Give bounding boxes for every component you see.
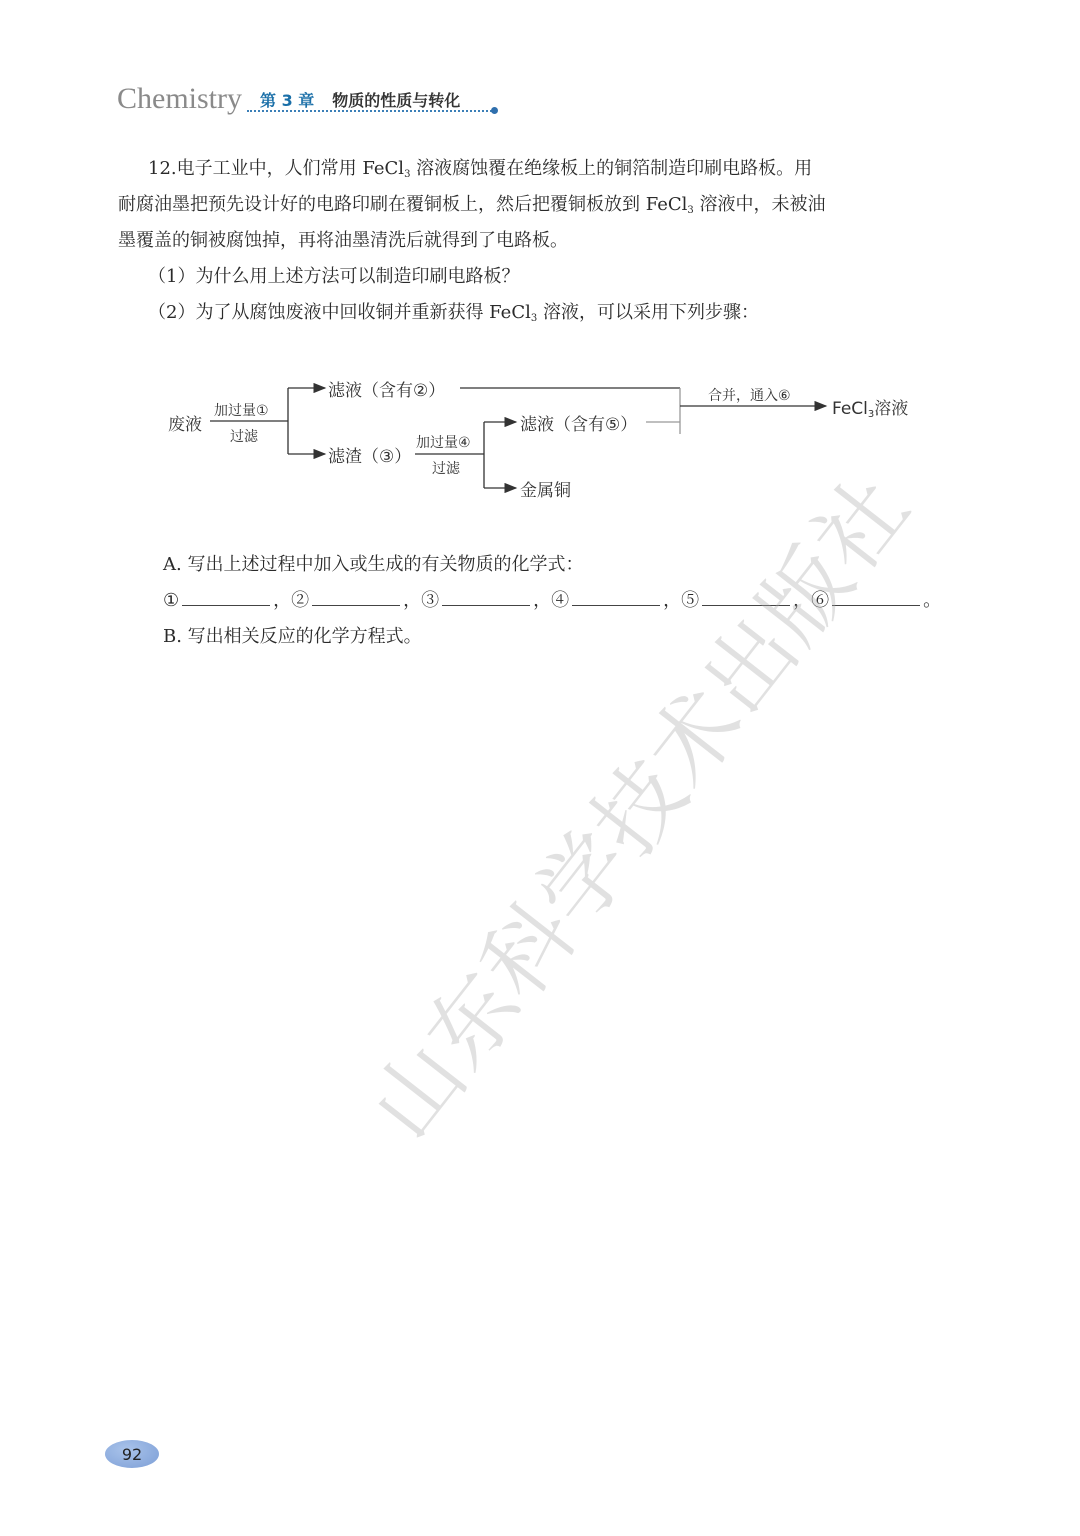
text: （2）为了从腐蚀废液中回收铜并重新获得 FeCl: [148, 302, 531, 323]
filtrate-1-label: 滤液（含有②）: [328, 376, 445, 401]
waste-liquid-label: 废液: [168, 410, 202, 435]
filtrate-2-label: 滤液（含有⑤）: [520, 410, 637, 435]
answer-blank[interactable]: [312, 587, 400, 606]
header-dotted-divider: [247, 110, 492, 112]
question-number: 12.: [148, 158, 177, 179]
blank-marker: ⑤: [681, 590, 699, 611]
text: 电子工业中，人们常用 FeCl: [177, 158, 404, 179]
question-line-3: 墨覆盖的铜被腐蚀掉，再将油墨清洗后就得到了电路板。: [118, 224, 568, 258]
text: FeCl: [832, 399, 868, 419]
text: 溶液: [874, 399, 908, 419]
text: 溶液腐蚀覆在绝缘板上的铜箔制造印刷电路板。用: [410, 158, 812, 179]
blank-marker: ②: [291, 590, 309, 611]
chapter-number: 第 3 章: [260, 91, 314, 110]
part-a-prompt: A. 写出上述过程中加入或生成的有关物质的化学式：: [163, 548, 583, 582]
answer-blank[interactable]: [182, 587, 270, 606]
chapter-title: 物质的性质与转化: [332, 91, 460, 110]
step2-filter-label: 过滤: [432, 458, 460, 478]
step1-reagent-label: 加过量①: [214, 400, 269, 420]
sub-question-1: （1）为什么用上述方法可以制造印刷电路板？: [148, 260, 519, 294]
sub-question-2: （2）为了从腐蚀废液中回收铜并重新获得 FeCl3 溶液，可以采用下列步骤：: [148, 296, 759, 336]
brand-title: Chemistry: [117, 82, 242, 116]
chapter-heading: 第 3 章物质的性质与转化: [260, 88, 460, 111]
answer-blank[interactable]: [442, 587, 530, 606]
punctuation: 。: [923, 590, 941, 611]
merge-label: 合并，通入⑥: [708, 385, 791, 405]
question-line-1: 12.电子工业中，人们常用 FeCl3 溶液腐蚀覆在绝缘板上的铜箔制造印刷电路板…: [148, 152, 812, 192]
residue-label: 滤渣（③）: [328, 442, 411, 467]
step1-filter-label: 过滤: [230, 426, 258, 446]
punctuation: ，: [663, 590, 681, 611]
page-number-badge: 92: [105, 1440, 159, 1468]
blank-marker: ④: [551, 590, 569, 611]
text: 溶液中，未被油: [694, 194, 826, 215]
punctuation: ，: [533, 590, 551, 611]
blank-marker: ①: [163, 590, 179, 611]
product-label: FeCl3溶液: [832, 394, 908, 420]
question-line-2: 耐腐油墨把预先设计好的电路印刷在覆铜板上，然后把覆铜板放到 FeCl3 溶液中，…: [118, 188, 826, 228]
copper-label: 金属铜: [520, 476, 571, 501]
part-b-prompt: B. 写出相关反应的化学方程式。: [163, 620, 422, 654]
step2-reagent-label: 加过量④: [416, 432, 471, 452]
punctuation: ，: [403, 590, 421, 611]
text: 耐腐油墨把预先设计好的电路印刷在覆铜板上，然后把覆铜板放到 FeCl: [118, 194, 687, 215]
text: 溶液，可以采用下列步骤：: [537, 302, 759, 323]
answer-blank[interactable]: [572, 587, 660, 606]
blank-marker: ③: [421, 590, 439, 611]
punctuation: ，: [273, 590, 291, 611]
header-divider-dot: [491, 107, 498, 114]
